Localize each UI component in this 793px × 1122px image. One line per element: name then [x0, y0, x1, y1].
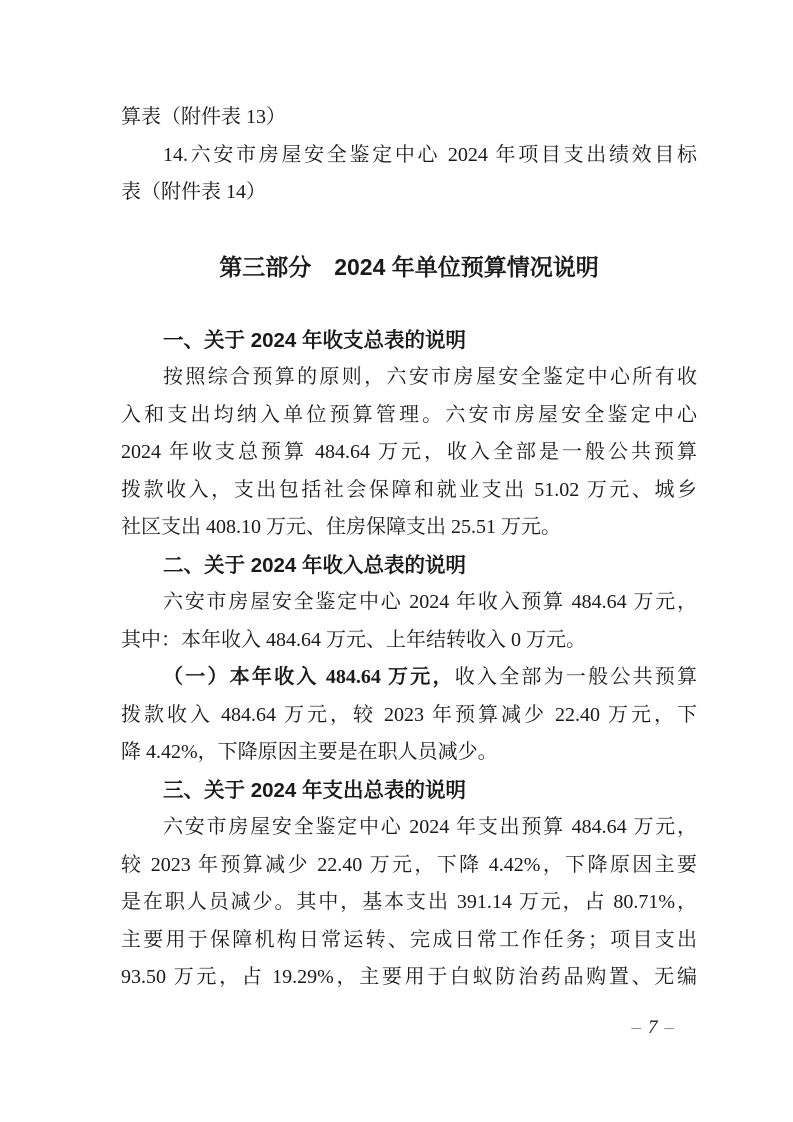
text-line: 按照综合预算的原则，六安市房屋安全鉴定中心所有收 [121, 359, 697, 397]
sub-heading: 二、关于 2024 年收入总表的说明 [121, 547, 697, 585]
section-title: 第三部分 2024 年单位预算情况说明 [121, 248, 697, 286]
text-line: 其中：本年收入 484.64 万元、上年结转收入 0 万元。 [121, 622, 697, 660]
text-run: 93.50 万元，占 19.29%，主要用于白蚁防治药品购置、无编 [121, 966, 697, 988]
text-line: 表（附件表 14） [121, 174, 697, 212]
text-run: 算表（附件表 13） [121, 106, 286, 128]
text-run: 六安市房屋安全鉴定中心 2024 年支出预算 484.64 万元， [163, 816, 697, 838]
text-line: 主要用于保障机构日常运转、完成日常工作任务；项目支出 [121, 922, 697, 960]
text-line: 拨款收入 484.64 万元，较 2023 年预算减少 22.40 万元，下 [121, 697, 697, 735]
sub-heading: 一、关于 2024 年收支总表的说明 [121, 322, 697, 360]
text-line: 93.50 万元，占 19.29%，主要用于白蚁防治药品购置、无编 [121, 959, 697, 997]
text-line: 14.六安市房屋安全鉴定中心 2024 年项目支出绩效目标 [121, 137, 697, 175]
text-line: （一）本年收入 484.64 万元，收入全部为一般公共预算 [121, 659, 697, 697]
text-run: 表（附件表 14） [121, 181, 266, 203]
text-line: 社区支出 408.10 万元、住房保障支出 25.51 万元。 [121, 509, 697, 547]
text-run: 较 2023 年预算减少 22.40 万元，下降 4.42%，下降原因主要 [121, 854, 697, 876]
text-run: 按照综合预算的原则，六安市房屋安全鉴定中心所有收 [163, 366, 697, 388]
text-run: 降 4.42%，下降原因主要是在职人员减少。 [121, 741, 498, 763]
text-line: 算表（附件表 13） [121, 99, 697, 137]
text-run: 收入全部为一般公共预算 [455, 666, 697, 688]
text-line: 降 4.42%，下降原因主要是在职人员减少。 [121, 734, 697, 772]
text-run: 一、关于 2024 年收支总表的说明 [163, 329, 466, 352]
text-run: 主要用于保障机构日常运转、完成日常工作任务；项目支出 [121, 929, 697, 951]
text-run: 其中：本年收入 484.64 万元、上年结转收入 0 万元。 [121, 629, 586, 651]
sub-heading: 三、关于 2024 年支出总表的说明 [121, 772, 697, 810]
page-number: 7 [648, 1017, 659, 1038]
text-run: 拨款收入，支出包括社会保障和就业支出 51.02 万元、城乡 [121, 479, 697, 501]
text-line: 2024 年收支总预算 484.64 万元，收入全部是一般公共预算 [121, 434, 697, 472]
text-line: 入和支出均纳入单位预算管理。六安市房屋安全鉴定中心 [121, 397, 697, 435]
text-run: 第三部分 2024 年单位预算情况说明 [219, 254, 599, 280]
text-line: 拨款收入，支出包括社会保障和就业支出 51.02 万元、城乡 [121, 472, 697, 510]
footer-right-dash: – [659, 1017, 682, 1038]
text-run: （一）本年收入 484.64 万元， [163, 666, 455, 688]
document-content: 算表（附件表 13）14.六安市房屋安全鉴定中心 2024 年项目支出绩效目标表… [121, 99, 697, 997]
text-run: 是在职人员减少。其中，基本支出 391.14 万元，占 80.71%， [121, 891, 697, 913]
text-run: 拨款收入 484.64 万元，较 2023 年预算减少 22.40 万元，下 [121, 704, 697, 726]
document-page: 算表（附件表 13）14.六安市房屋安全鉴定中心 2024 年项目支出绩效目标表… [0, 0, 793, 1122]
text-run: 2024 年收支总预算 484.64 万元，收入全部是一般公共预算 [121, 441, 697, 463]
text-line: 较 2023 年预算减少 22.40 万元，下降 4.42%，下降原因主要 [121, 847, 697, 885]
text-line: 是在职人员减少。其中，基本支出 391.14 万元，占 80.71%， [121, 884, 697, 922]
footer-left-dash: – [626, 1017, 649, 1038]
text-run: 社区支出 408.10 万元、住房保障支出 25.51 万元。 [121, 516, 561, 538]
text-line: 六安市房屋安全鉴定中心 2024 年收入预算 484.64 万元， [121, 584, 697, 622]
text-run: 14.六安市房屋安全鉴定中心 2024 年项目支出绩效目标 [163, 144, 697, 166]
text-run: 入和支出均纳入单位预算管理。六安市房屋安全鉴定中心 [121, 404, 697, 426]
text-run: 六安市房屋安全鉴定中心 2024 年收入预算 484.64 万元， [163, 591, 697, 613]
text-run: 三、关于 2024 年支出总表的说明 [163, 779, 466, 802]
page-footer: –7– [626, 1012, 682, 1044]
text-run: 二、关于 2024 年收入总表的说明 [163, 554, 466, 577]
text-line: 六安市房屋安全鉴定中心 2024 年支出预算 484.64 万元， [121, 809, 697, 847]
